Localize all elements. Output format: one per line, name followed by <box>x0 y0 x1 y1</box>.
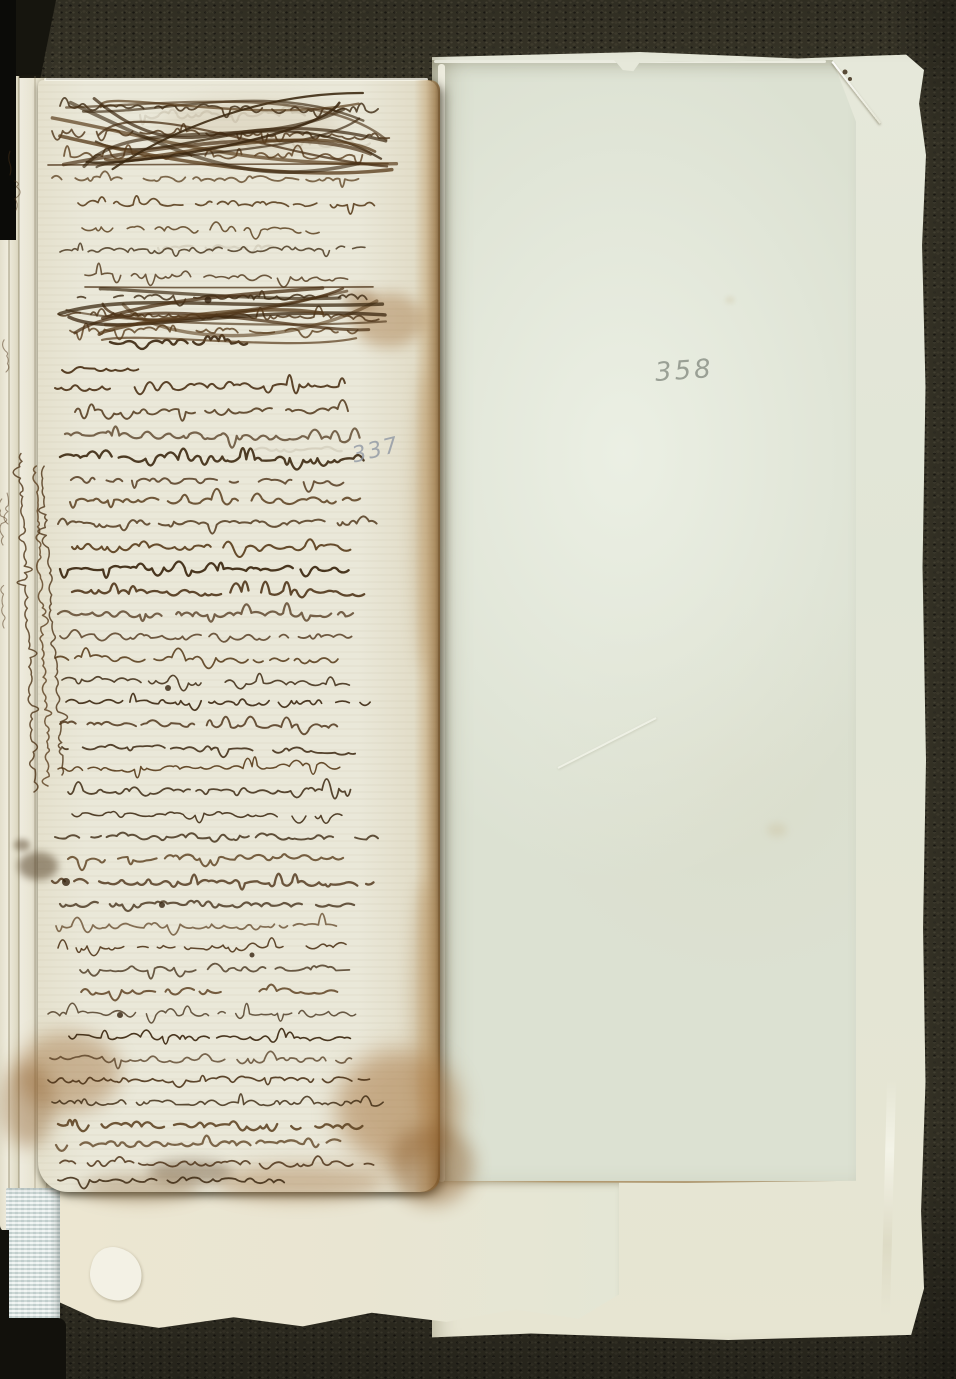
cover-spine-strip <box>0 0 16 240</box>
page-deckle-edge <box>414 80 440 1192</box>
page-edge-crease <box>18 76 20 1236</box>
cover-shadow-strip <box>0 1230 9 1379</box>
manuscript-page-337 <box>38 80 438 1192</box>
page-edge-crease <box>8 76 10 1236</box>
cover-shadow-corner <box>0 1318 66 1379</box>
blank-page-358 <box>432 60 856 1183</box>
manuscript-scan: 337 358 <box>0 0 956 1379</box>
page-edge-crease <box>34 76 36 1236</box>
page-top-edge <box>44 78 428 81</box>
binding-cloth <box>6 1188 60 1328</box>
